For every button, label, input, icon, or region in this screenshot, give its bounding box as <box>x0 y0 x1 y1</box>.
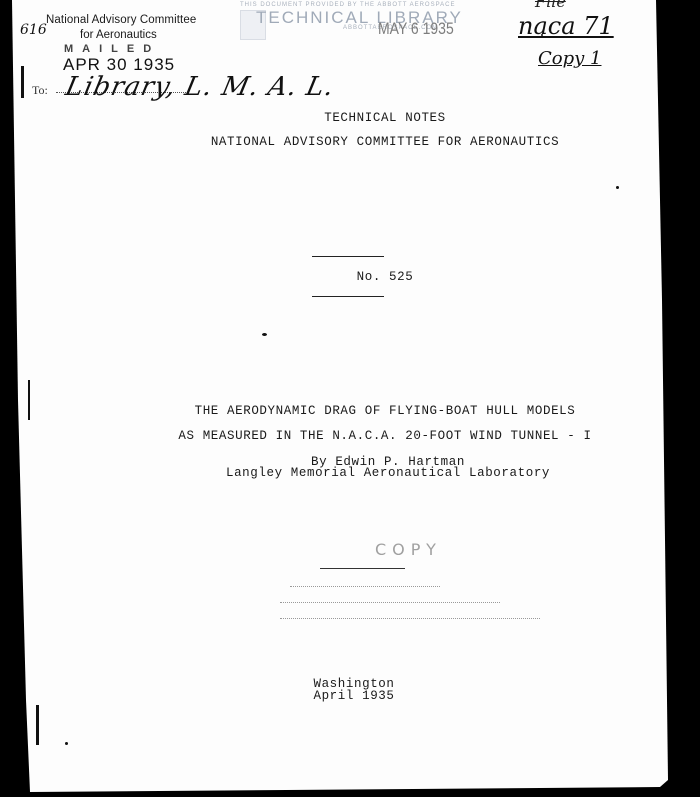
faded-stamp-line <box>280 602 500 603</box>
to-handwritten: Library, L. M. A. L. <box>63 72 338 102</box>
margin-mark <box>36 705 39 745</box>
series-heading: TECHNICAL NOTES <box>35 111 700 125</box>
faded-stamp-line <box>280 618 540 619</box>
received-date-stamp: MAY 6 1935 <box>378 18 454 37</box>
speck <box>616 186 619 189</box>
publication-date: April 1935 <box>4 689 700 703</box>
speck <box>262 333 267 336</box>
speck <box>65 742 68 745</box>
faded-copy-stamp: COPY <box>250 538 550 623</box>
handwriting-struck: File <box>535 0 566 11</box>
faded-stamp-line <box>290 586 440 587</box>
stamp-organization: National Advisory Committee <box>46 14 196 26</box>
handwriting-naca: naca 71 <box>518 12 614 40</box>
document-number: No. 525 <box>35 270 700 284</box>
to-label: To: <box>32 83 48 98</box>
stamp-organization-sub: for Aeronautics <box>80 29 157 41</box>
handwritten-number: 616 <box>20 22 47 38</box>
faded-stamp-text: COPY <box>375 540 442 559</box>
scanned-page: THIS DOCUMENT PROVIDED BY THE ABBOTT AER… <box>0 0 700 797</box>
margin-mark <box>28 380 30 420</box>
stamp-mailed: MAILED <box>64 43 160 55</box>
title-line-2: AS MEASURED IN THE N.A.C.A. 20-FOOT WIND… <box>35 429 700 443</box>
title-line-1: THE AERODYNAMIC DRAG OF FLYING-BOAT HULL… <box>35 404 700 418</box>
handwriting-copy: Copy 1 <box>538 48 601 69</box>
number-rule-bottom <box>312 296 384 297</box>
speck <box>541 34 543 36</box>
affiliation: Langley Memorial Aeronautical Laboratory <box>38 466 700 480</box>
organization-heading: NATIONAL ADVISORY COMMITTEE FOR AERONAUT… <box>35 135 700 149</box>
number-rule-top <box>312 256 384 257</box>
margin-mark <box>21 66 24 98</box>
faded-stamp-rule <box>320 568 405 569</box>
